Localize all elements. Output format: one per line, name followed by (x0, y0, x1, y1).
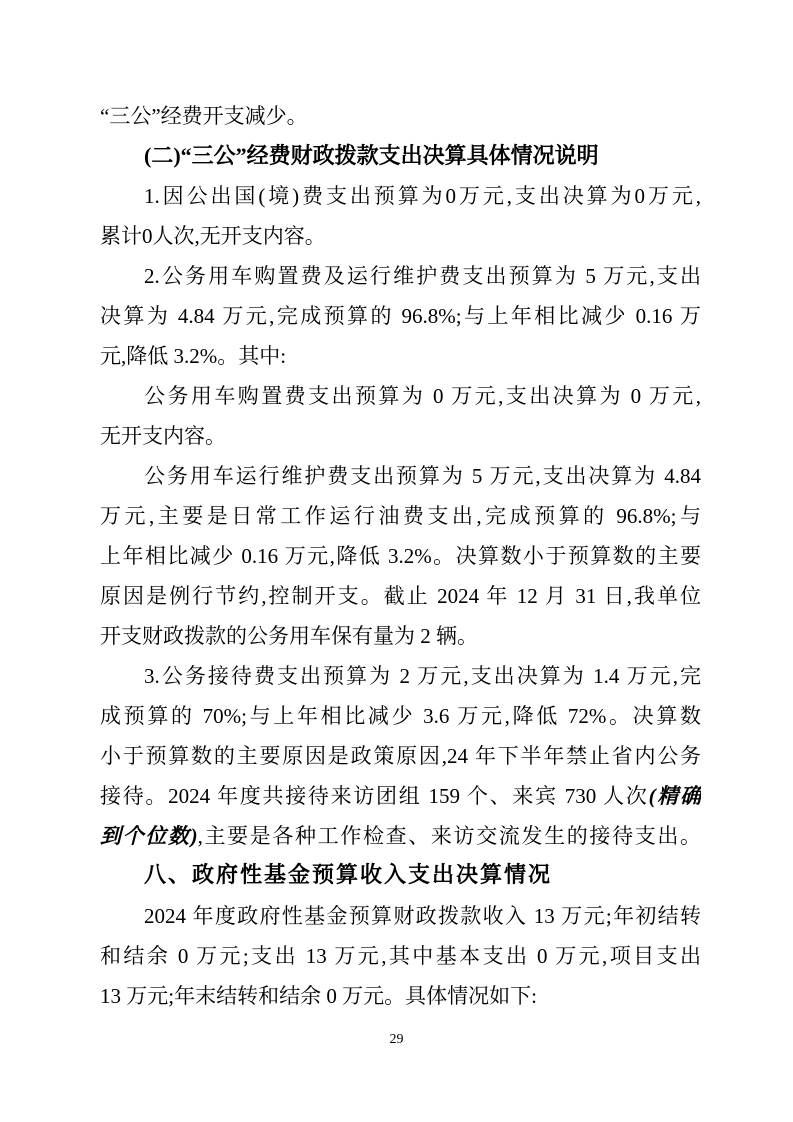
text-line: 累计0人次,无开支内容。 (100, 216, 701, 256)
text-line: 上年相比减少 0.16 万元,降低 3.2%。决算数小于预算数的主要 (100, 536, 701, 576)
text-run: 累计0人次,无开支内容。 (100, 224, 326, 248)
text-line: 元,降低 3.2%。其中: (100, 336, 701, 376)
text-line: 到个位数),主要是各种工作检查、来访交流发生的接待支出。 (100, 816, 701, 856)
text-run: 13 万元;年末结转和结余 0 万元。具体情况如下: (100, 984, 537, 1008)
text-line: 2024 年度政府性基金预算财政拨款收入 13 万元;年初结转 (100, 896, 701, 936)
text-line: 原因是例行节约,控制开支。截止 2024 年 12 月 31 日,我单位 (100, 576, 701, 616)
text-run: 2024 年度政府性基金预算财政拨款收入 13 万元;年初结转 (144, 904, 701, 928)
text-line: 开支财政拨款的公务用车保有量为 2 辆。 (100, 616, 701, 656)
text-line: 小于预算数的主要原因是政策原因,24 年下半年禁止省内公务 (100, 736, 701, 776)
emphasis-run: (精确 (649, 784, 701, 808)
text-line: 1.因公出国(境)费支出预算为0万元,支出决算为0万元, (100, 176, 701, 216)
text-line: 成预算的 70%;与上年相比减少 3.6 万元,降低 72%。决算数 (100, 696, 701, 736)
text-run: 决算为 4.84 万元,完成预算的 96.8%;与上年相比减少 0.16 万 (100, 304, 701, 328)
text-line: “三公”经费开支减少。 (100, 96, 701, 136)
text-run: 公务用车购置费支出预算为 0 万元,支出决算为 0 万元, (144, 384, 701, 408)
heading-line: 八、政府性基金预算收入支出决算情况 (100, 856, 701, 896)
text-run: 万元,主要是日常工作运行油费支出,完成预算的 96.8%;与 (100, 504, 701, 528)
text-run: 2.公务用车购置费及运行维护费支出预算为 5 万元,支出 (144, 264, 701, 288)
page-number: 29 (0, 1030, 793, 1050)
text-line: 2.公务用车购置费及运行维护费支出预算为 5 万元,支出 (100, 256, 701, 296)
text-run: 3.公务接待费支出预算为 2 万元,支出决算为 1.4 万元,完 (144, 664, 701, 688)
text-line: 3.公务接待费支出预算为 2 万元,支出决算为 1.4 万元,完 (100, 656, 701, 696)
document-body: “三公”经费开支减少。(二)“三公”经费财政拨款支出决算具体情况说明1.因公出国… (100, 96, 701, 1016)
text-run: ,主要是各种工作检查、来访交流发生的接待支出。 (198, 824, 701, 848)
text-line: 公务用车运行维护费支出预算为 5 万元,支出决算为 4.84 (100, 456, 701, 496)
text-run: 无开支内容。 (100, 424, 226, 448)
text-run: (二)“三公”经费财政拨款支出决算具体情况说明 (144, 143, 599, 168)
text-run: 公务用车运行维护费支出预算为 5 万元,支出决算为 4.84 (144, 464, 701, 488)
text-run: 原因是例行节约,控制开支。截止 2024 年 12 月 31 日,我单位 (100, 584, 701, 608)
text-run: 成预算的 70%;与上年相比减少 3.6 万元,降低 72%。决算数 (100, 704, 701, 728)
text-run: 开支财政拨款的公务用车保有量为 2 辆。 (100, 624, 478, 648)
emphasis-run: 到个位数) (100, 824, 198, 848)
document-page: “三公”经费开支减少。(二)“三公”经费财政拨款支出决算具体情况说明1.因公出国… (0, 0, 793, 1122)
text-run: 小于预算数的主要原因是政策原因,24 年下半年禁止省内公务 (100, 744, 701, 768)
text-run: 八、政府性基金预算收入支出决算情况 (144, 863, 552, 888)
text-line: 13 万元;年末结转和结余 0 万元。具体情况如下: (100, 976, 701, 1016)
text-run: 1.因公出国(境)费支出预算为0万元,支出决算为0万元, (144, 184, 701, 208)
text-line: 接待。2024 年度共接待来访团组 159 个、来宾 730 人次(精确 (100, 776, 701, 816)
text-run: 元,降低 3.2%。其中: (100, 344, 286, 368)
text-line: 和结余 0 万元;支出 13 万元,其中基本支出 0 万元,项目支出 (100, 936, 701, 976)
text-line: 公务用车购置费支出预算为 0 万元,支出决算为 0 万元, (100, 376, 701, 416)
text-line: 无开支内容。 (100, 416, 701, 456)
text-run: 和结余 0 万元;支出 13 万元,其中基本支出 0 万元,项目支出 (100, 944, 701, 968)
text-line: 万元,主要是日常工作运行油费支出,完成预算的 96.8%;与 (100, 496, 701, 536)
text-run: 接待。2024 年度共接待来访团组 159 个、来宾 730 人次 (100, 784, 649, 808)
heading-line: (二)“三公”经费财政拨款支出决算具体情况说明 (100, 136, 701, 176)
text-run: 上年相比减少 0.16 万元,降低 3.2%。决算数小于预算数的主要 (100, 544, 701, 568)
text-line: 决算为 4.84 万元,完成预算的 96.8%;与上年相比减少 0.16 万 (100, 296, 701, 336)
text-run: “三公”经费开支减少。 (100, 104, 308, 128)
